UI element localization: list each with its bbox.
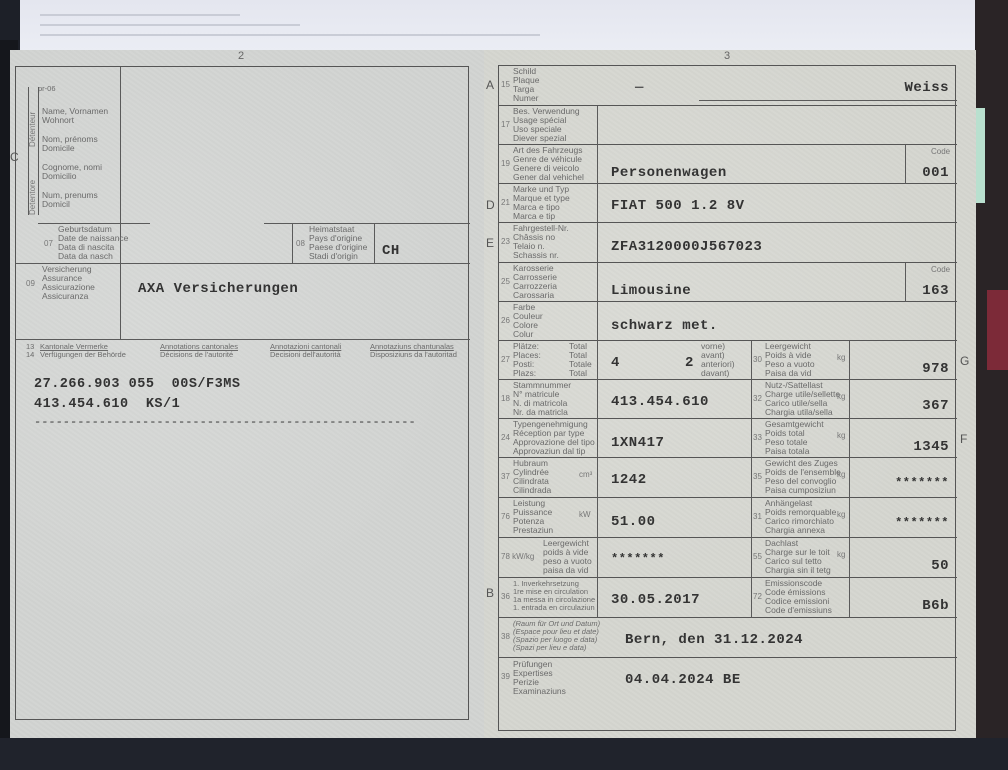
label-divider (597, 419, 598, 458)
annotation-line-1: 27.266.903 055 00S/F3MS (34, 377, 240, 392)
color-value: schwarz met. (611, 318, 718, 334)
body-type-value: Limousine (611, 283, 691, 299)
section-marker-a: A (486, 78, 494, 92)
plate-line (699, 100, 957, 101)
field-19-vehicle-type: 19 Art des FahrzeugsGenre de véhicule Ge… (499, 145, 957, 184)
annotations-header-de: Kantonale VermerkeVerfügungen der Behörd… (40, 343, 126, 359)
country-of-origin-value: CH (382, 243, 400, 259)
insurance-value: AXA Versicherungen (138, 281, 298, 297)
first-registration-value: 30.05.2017 (611, 592, 700, 608)
code-divider (905, 263, 906, 302)
field-37-35-displacement-train-weight: 37 HubraumCylindrée CilindrataCilindrada… (499, 458, 957, 498)
field-15-plate: 15 SchildPlaque TargaNumer — Weiss (499, 66, 957, 106)
label-divider (597, 341, 598, 380)
row-divider (264, 223, 470, 224)
field-26-color: 26 FarbeCouleur ColoreColur schwarz met. (499, 302, 957, 341)
annotations-numbers: 1314 (26, 343, 34, 359)
field-23-chassis-number: 23 Fahrgestell-Nr.Châssis no Telaio n.Sc… (499, 223, 957, 263)
column-divider (849, 458, 850, 498)
annotation-dashed-line: ----------------------------------------… (34, 415, 464, 429)
power-weight-ratio-value: ******* (611, 552, 665, 566)
label-divider (597, 106, 598, 145)
label-divider (597, 538, 598, 578)
field-08-divider (292, 223, 293, 263)
holder-frame: pr-06 Détenteur Detentore Name, Vornamen… (15, 66, 469, 720)
annotations-header-fr: Annotations cantonalesDécisions de l'aut… (160, 343, 238, 359)
towing-capacity-value: ******* (895, 516, 949, 530)
field-36-72-registration-emission: 36 1. Inverkehrsetzung1re mise en circul… (499, 578, 957, 618)
section-marker-f: F (960, 432, 967, 446)
make-model-value: FIAT 500 1.2 8V (611, 198, 745, 214)
payload-value: 367 (922, 398, 949, 414)
vehicle-data-frame: 15 SchildPlaque TargaNumer — Weiss 17 Be… (498, 65, 956, 731)
field-78-55-power-ratio-roof-load: 78 kW/kg Leergewichtpoids à vide peso a … (499, 538, 957, 578)
column-divider (751, 538, 752, 578)
field-21-make-model: 21 Marke und TypMarque et type Marca e t… (499, 184, 957, 223)
background-cover-bottom (0, 738, 1008, 770)
background-cover-right (975, 0, 1008, 770)
section-marker-b: B (486, 586, 494, 600)
holder-divider (38, 87, 39, 215)
vehicle-type-value: Personenwagen (611, 165, 727, 181)
column-divider (751, 458, 752, 498)
holder-label-rm: Num, prenumsDomicil (42, 191, 98, 209)
roof-load-value: 50 (931, 558, 949, 574)
section-marker-g: G (960, 354, 969, 368)
background-strap (987, 290, 1008, 370)
section-marker-e: E (486, 236, 494, 250)
vehicle-type-code: 001 (922, 165, 949, 181)
row-divider (16, 339, 470, 340)
empty-weight-value: 978 (922, 361, 949, 377)
holder-rotated-label: Detentore (28, 180, 37, 215)
column-divider (849, 419, 850, 458)
seats-front-label: vorne)avant) anteriori)davant) (701, 342, 735, 378)
field-17-special-use: 17 Bes. VerwendungUsage spécial Uso spec… (499, 106, 957, 145)
place-date-value: Bern, den 31.12.2024 (625, 632, 803, 648)
emission-code-value: B6b (922, 598, 949, 614)
page-number: 2 (238, 50, 244, 62)
column-divider (751, 419, 752, 458)
holder-name-field (124, 69, 464, 219)
holder-label-it: Cognome, nomiDomicilio (42, 163, 102, 181)
label-divider (597, 380, 598, 419)
power-value: 51.00 (611, 514, 656, 530)
holder-label-de: Name, VornamenWohnort (42, 107, 108, 125)
section-marker-d: D (486, 198, 495, 212)
holder-rotated-label: Détenteur (28, 112, 37, 147)
paper-fold-line (40, 24, 300, 26)
column-divider (849, 380, 850, 419)
label-divider (597, 263, 598, 302)
annotations-header-rm: Annotaziuns chantunalasDisposiziuns da l… (370, 343, 457, 359)
chassis-number-value: ZFA3120000J567023 (611, 239, 762, 255)
paper-fold-line (40, 34, 540, 36)
field-18-32-matricule-payload: 18 StammnummerN° matricule N. di matrico… (499, 380, 957, 419)
annotations-header-it: Annotazioni cantonaliDecisioni dell'auto… (270, 343, 341, 359)
field-15-label: SchildPlaque TargaNumer (513, 67, 539, 103)
label-divider (597, 184, 598, 223)
type-approval-value: 1XN417 (611, 435, 664, 451)
plate-color-value: Weiss (904, 80, 949, 96)
field-24-33-type-approval-total-weight: 24 TypengenehmigungRéception par type Ap… (499, 419, 957, 458)
annotation-line-2: 413.454.610 KS/1 (34, 397, 180, 412)
code-divider (905, 145, 906, 184)
train-weight-value: ******* (895, 476, 949, 490)
label-divider (597, 223, 598, 263)
column-divider (849, 538, 850, 578)
seats-total-value: 4 (611, 355, 620, 371)
displacement-value: 1242 (611, 472, 647, 488)
column-divider (751, 498, 752, 538)
column-divider (751, 341, 752, 380)
field-39-inspections: 39 PrüfungenExpertises PerizieExaminaziu… (499, 658, 957, 732)
label-divider (597, 498, 598, 538)
holder-label-fr: Nom, prénomsDomicile (42, 135, 98, 153)
column-divider (849, 578, 850, 618)
corner-code: pr-06 (38, 85, 56, 93)
field-25-body-type: 25 KarosserieCarrosserie CarrozzeriaCaro… (499, 263, 957, 302)
label-column-divider (120, 67, 121, 339)
column-divider (751, 578, 752, 618)
column-divider (751, 380, 752, 419)
field-09-number: 09 (26, 279, 35, 288)
code-caption: Code (931, 147, 950, 156)
field-08-label: HeimatstaatPays d'origine Paese d'origin… (309, 225, 367, 261)
field-08-number: 08 (296, 239, 305, 248)
registration-page-2: 2 C pr-06 Détenteur Detentore Name, Vorn… (10, 50, 486, 738)
label-divider (597, 458, 598, 498)
matricule-value: 413.454.610 (611, 394, 709, 410)
code-caption: Code (931, 265, 950, 274)
plate-redacted: — (635, 80, 644, 96)
field-76-31-power-towing: 76 LeistungPuissance PotenzaPrestaziun k… (499, 498, 957, 538)
total-weight-value: 1345 (913, 439, 949, 455)
label-divider (597, 302, 598, 341)
label-divider (597, 578, 598, 618)
field-07-number: 07 (44, 239, 53, 248)
seats-front-value: 2 (685, 355, 694, 371)
field-27-30-seats-empty-weight: 27 Plätze:Places: Posti:Plazs: TotalTota… (499, 341, 957, 380)
paper-fold-line (40, 14, 240, 16)
background-tab (975, 108, 985, 203)
field-09-label: VersicherungAssurance AssicurazioneAssic… (42, 265, 95, 301)
field-08-value-divider (374, 223, 375, 263)
registration-page-3: 3 A D E B G F 15 SchildPlaque TargaNumer… (484, 50, 976, 738)
field-38-place-date: 38 (Raum für Ort und Datum)(Espace pour … (499, 618, 957, 658)
column-divider (849, 498, 850, 538)
page-number: 3 (724, 50, 730, 62)
column-divider (849, 341, 850, 380)
field-07-label: GeburtsdatumDate de naissance Data di na… (58, 225, 128, 261)
label-divider (597, 145, 598, 184)
body-type-code: 163 (922, 283, 949, 299)
inspection-value: 04.04.2024 BE (625, 672, 741, 688)
